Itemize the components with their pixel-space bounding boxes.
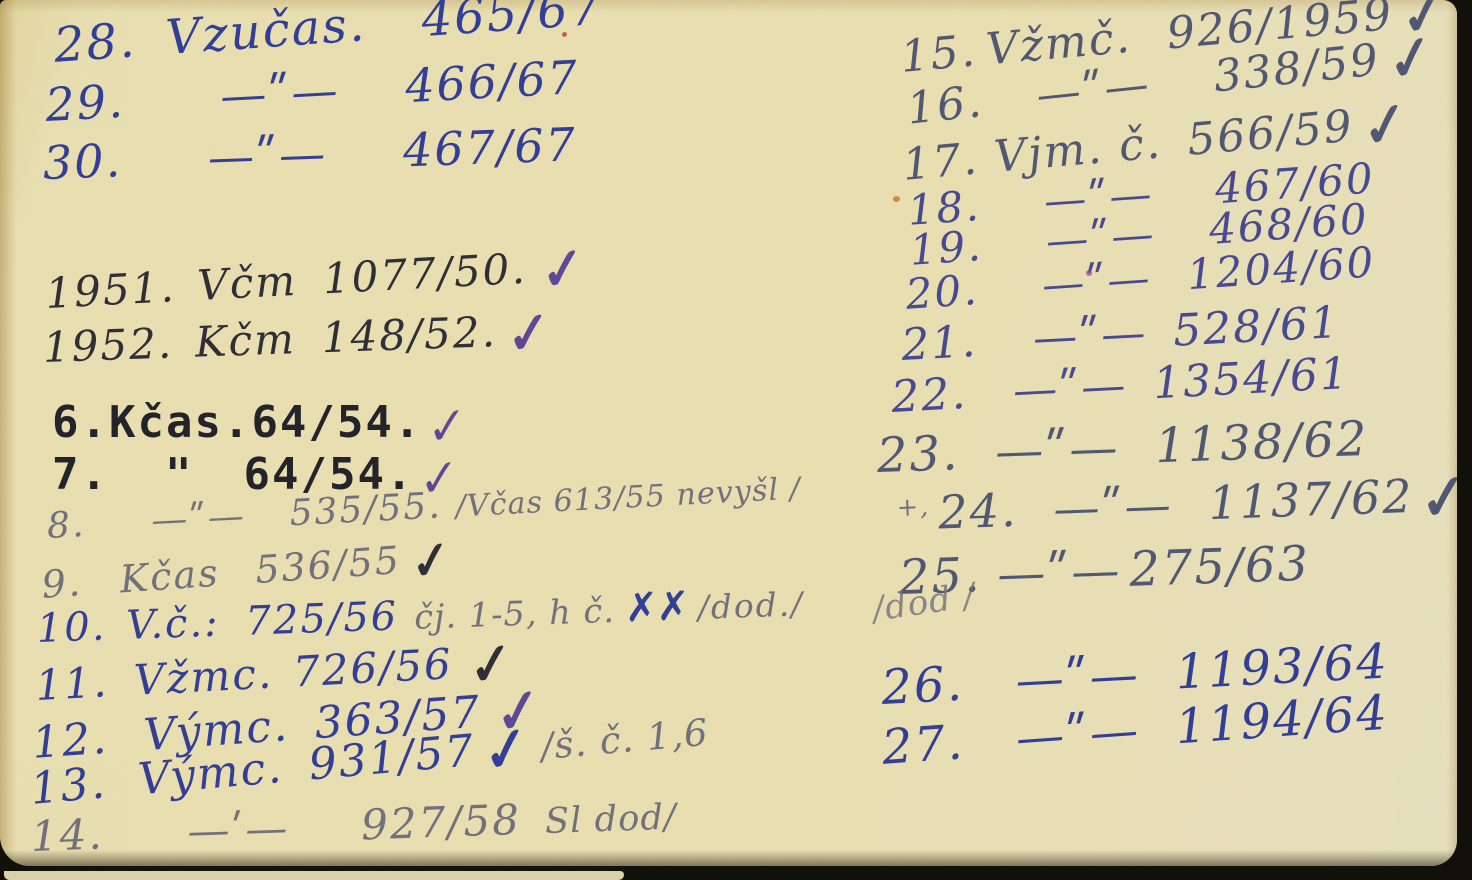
- entry-number: 26.: [880, 656, 965, 716]
- entry-pencil-note: Sl dod/: [544, 796, 677, 842]
- entry-number: 22.: [890, 368, 969, 423]
- crossed-out-mark: ✗✗: [624, 583, 689, 631]
- checkmark-icon: ✓: [1384, 18, 1439, 96]
- entry-number: 21.: [900, 316, 979, 371]
- entry-label: —ʺ—: [207, 126, 328, 184]
- entry-reference: 535/55.: [289, 485, 443, 534]
- entry-label: Výmc.: [136, 742, 285, 805]
- entry-number: 23.: [876, 425, 960, 484]
- entry-label: Kčas: [118, 551, 221, 602]
- entry-prefix: +,: [896, 492, 930, 522]
- checkmark-icon: ✓: [505, 298, 554, 369]
- entry-reference: 931/57: [307, 725, 478, 790]
- paper-speck: [562, 32, 567, 37]
- entry-label: V.č.:: [126, 600, 221, 649]
- annotation-dod-scribble: /dod /: [870, 576, 978, 630]
- entry-30: 30.—ʺ—467/67: [42, 117, 578, 190]
- entry-number: 13.: [29, 757, 109, 814]
- paper-speck: [893, 196, 900, 202]
- entry-pencil-note: čj. 1-5, h č.: [414, 591, 616, 637]
- paper-speck: [1086, 270, 1092, 276]
- entry-label: —ʺ—: [1012, 360, 1129, 417]
- checkmark-icon: ✓: [1418, 457, 1457, 536]
- entry-label: —ʺ—: [1034, 58, 1153, 121]
- entry-reference: 1354/61: [1152, 348, 1351, 409]
- entry-number: 27.: [880, 714, 966, 776]
- entry-pencil-note: /š. č. 1,6: [539, 711, 710, 768]
- checkmark-icon: ✓: [539, 233, 589, 305]
- entry-number: 7.: [52, 449, 109, 500]
- entry-reference: 338/59: [1211, 34, 1382, 102]
- entry-number: 6.: [52, 397, 109, 448]
- entry-reference: 467/67: [402, 117, 578, 177]
- entry-label: Kčas.: [109, 397, 251, 448]
- entry-reference: 1077/50.: [322, 244, 528, 304]
- entry-number: 28.: [52, 12, 138, 74]
- entry-number: 1952.: [42, 318, 174, 372]
- entry-label: —ʹ—: [187, 803, 290, 856]
- entry-label: —ʺ—: [1014, 702, 1142, 767]
- entry-number: 16.: [905, 76, 986, 135]
- entry-reference: 927/58: [360, 795, 521, 850]
- entry-number: 1951.: [44, 262, 177, 318]
- entry-number: 29.: [44, 74, 126, 132]
- entry-label: —ʺ—: [1040, 253, 1152, 310]
- entry-label: Včm: [196, 256, 298, 310]
- entry-label: —ʺ—: [1014, 646, 1141, 708]
- checkmark-icon: ✓: [480, 710, 534, 788]
- scanned-card-page: { "card": { "colors": { "paper": "#e9dfb…: [0, 0, 1472, 880]
- entry-number: 10.: [36, 604, 107, 652]
- entry-number: 14.: [30, 809, 104, 861]
- entry-number: 24.: [937, 483, 1018, 540]
- entry-reference: 275/63: [1128, 536, 1311, 598]
- checkmark-icon: ✓: [1358, 85, 1412, 163]
- entry-label: —ʺ—: [1052, 477, 1173, 535]
- entry-reference: 1137/62: [1208, 469, 1415, 530]
- entry-number: 20.: [904, 265, 980, 319]
- entry-reference: 466/67: [404, 50, 580, 113]
- entry-number: 9.: [40, 560, 83, 607]
- entry-reference: 528/61: [1172, 297, 1341, 357]
- entry-number: 30.: [42, 133, 123, 190]
- entry-reference: 465/67: [420, 0, 604, 48]
- index-card: 28.Vzučas.465/6729.—ʺ—466/6730.—ʺ—467/67…: [0, 0, 1457, 866]
- entry-label: —ʺ—: [150, 496, 247, 542]
- card-beneath-edge: [4, 871, 624, 880]
- entry-label: —ʺ—: [219, 63, 341, 123]
- entry-reference: 536/55: [254, 538, 402, 592]
- entry-reference: 1138/62: [1154, 411, 1369, 474]
- entry-pencil-note: /Včas 613/55 nevyšl /: [455, 471, 802, 524]
- entry-reference: 148/52.: [321, 307, 498, 362]
- entry-number: 8.: [46, 504, 86, 547]
- entry-reference: 64/54.: [251, 397, 422, 448]
- entry-pencil-note-2: /dod./: [697, 585, 805, 627]
- entry-label: —ʺ—: [996, 542, 1122, 602]
- entry-label: Vzučas.: [164, 0, 368, 66]
- entry-reference: 725/56: [245, 593, 399, 644]
- entry-number: 11.: [34, 657, 109, 710]
- entry-label: ": [165, 449, 194, 500]
- checkmark-icon: ✓: [408, 528, 454, 594]
- entry-label: Kčm: [194, 314, 296, 366]
- entry-label: —ʺ—: [1032, 307, 1149, 364]
- entry-label: —ʺ—: [994, 420, 1120, 480]
